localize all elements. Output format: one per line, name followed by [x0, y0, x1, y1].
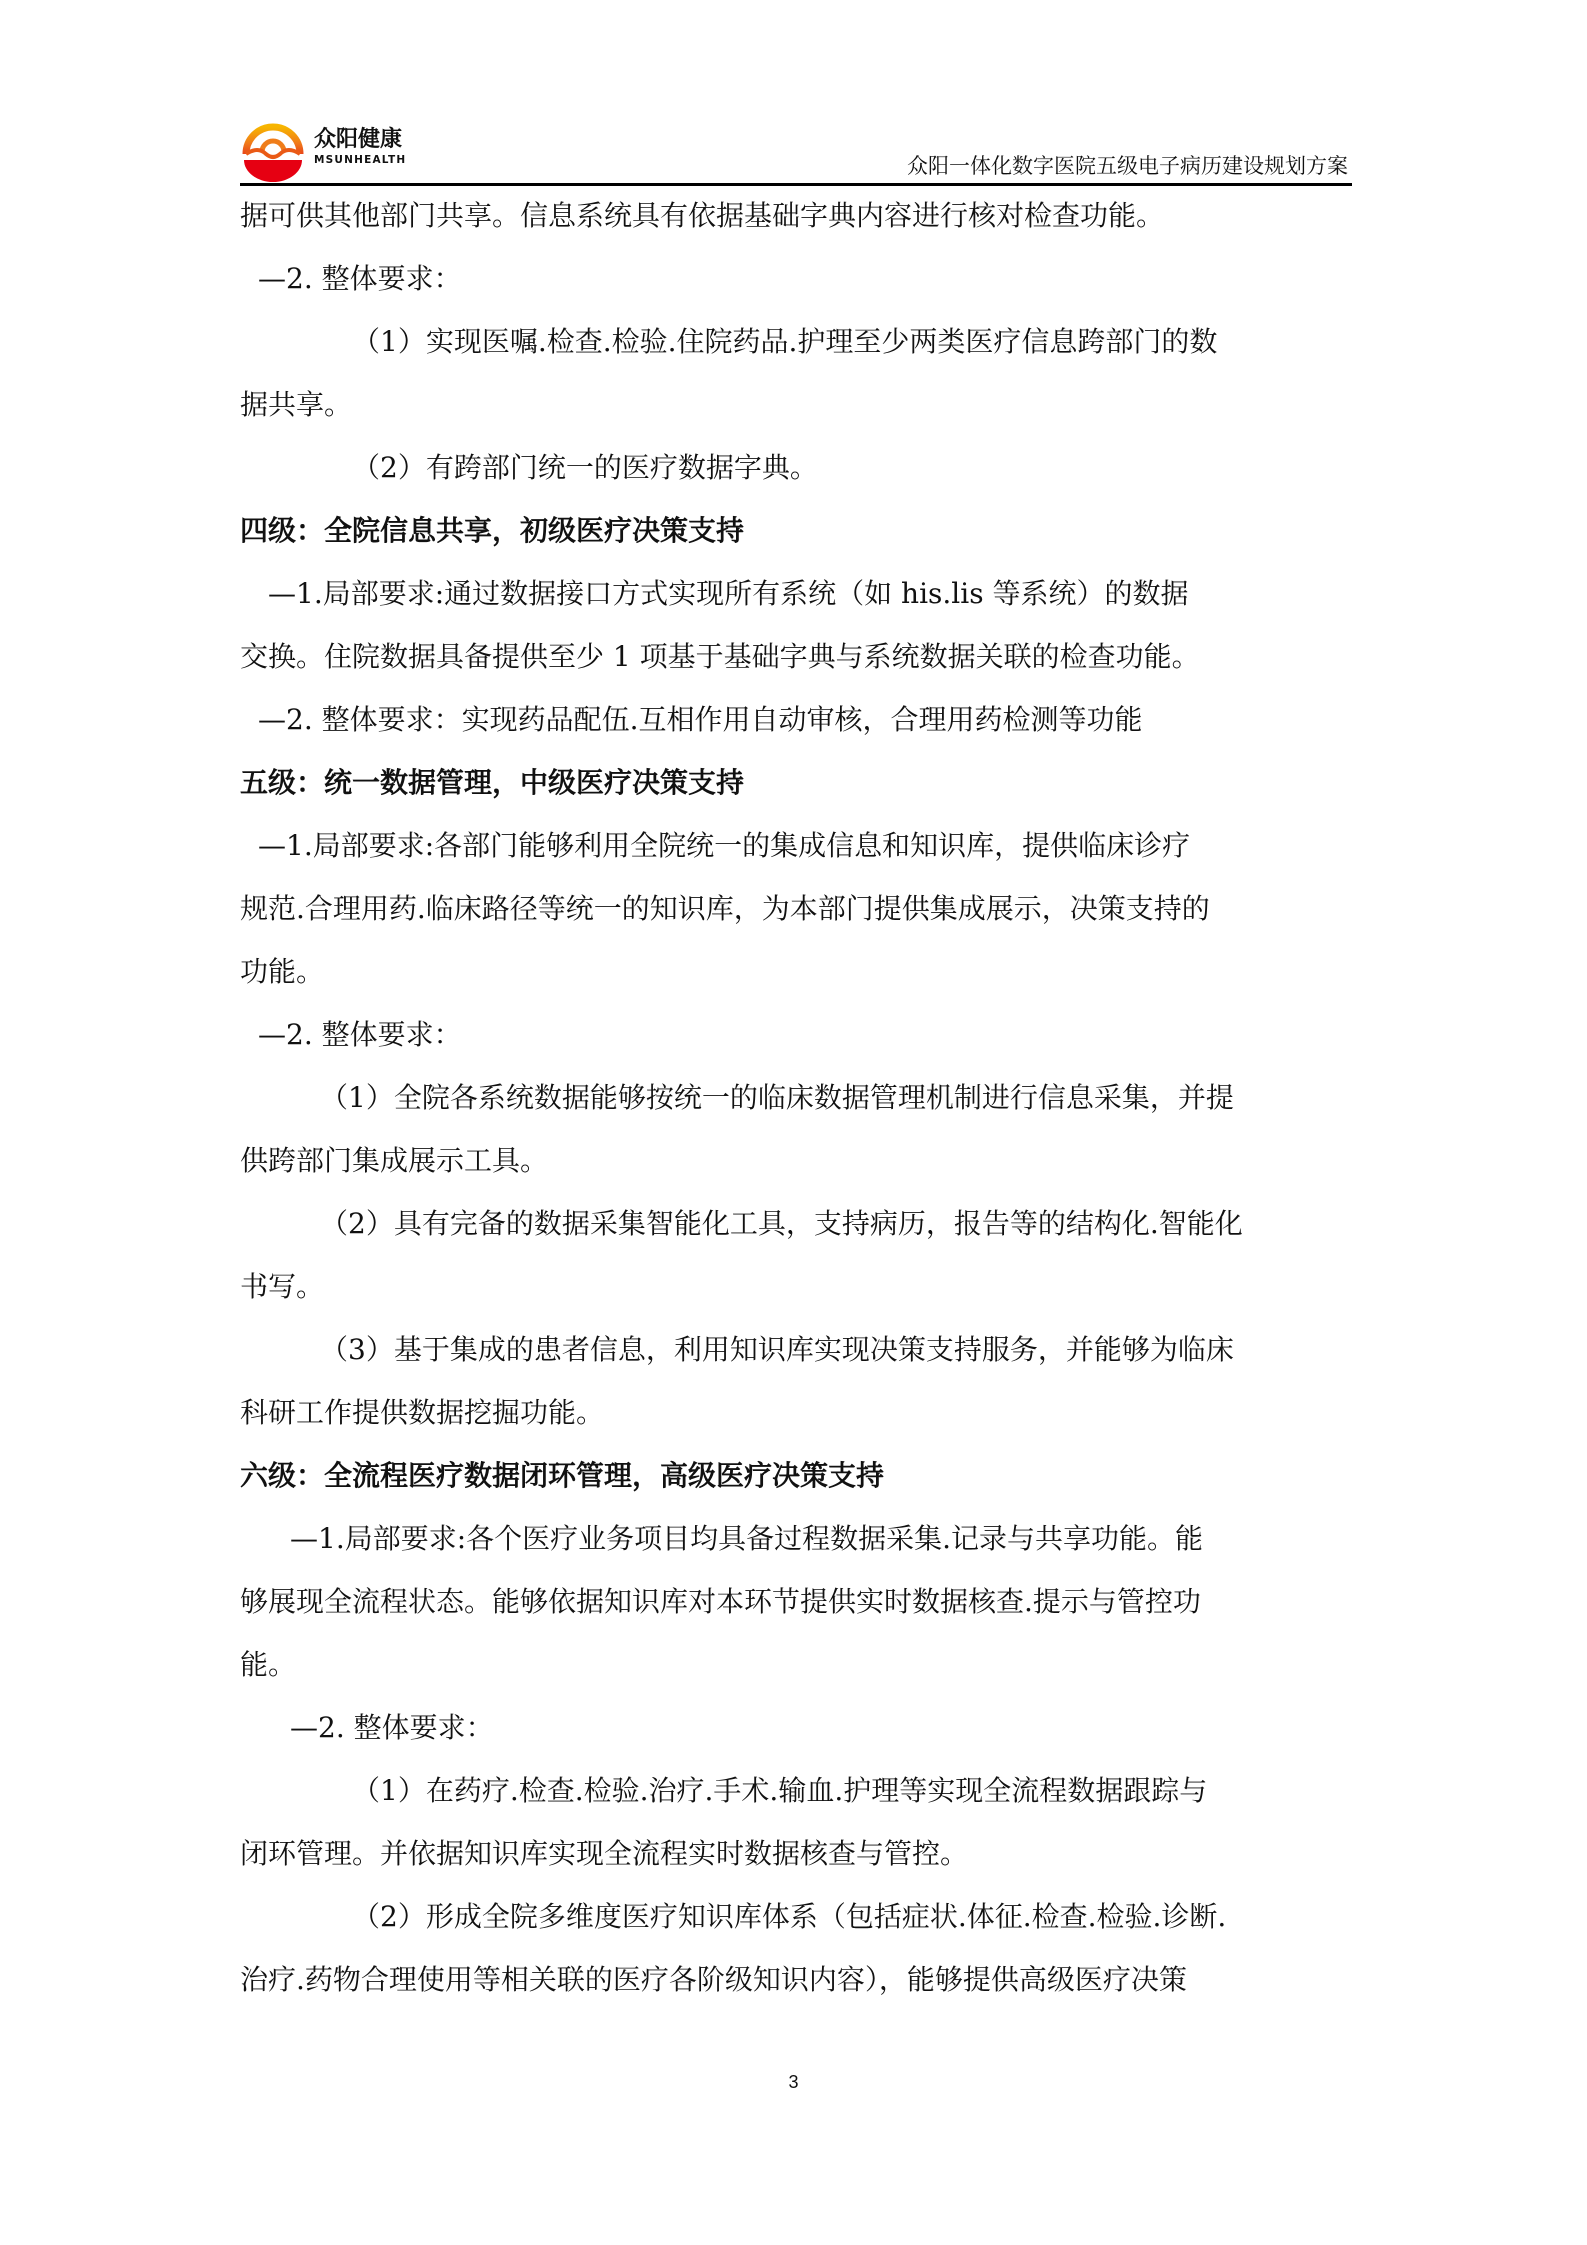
page-header: 众阳健康 MSUNHEALTH 众阳一体化数字医院五级电子病历建设规划方案	[240, 100, 1352, 186]
body-line: —2. 整体要求：实现药品配伍.互相作用自动审核，合理用药检测等功能	[258, 700, 1143, 740]
sun-logo-icon	[240, 110, 306, 182]
document-title: 众阳一体化数字医院五级电子病历建设规划方案	[907, 150, 1348, 180]
body-line: 治疗.药物合理使用等相关联的医疗各阶级知识内容），能够提供高级医疗决策	[240, 1960, 1187, 2000]
body-line: 规范.合理用药.临床路径等统一的知识库，为本部门提供集成展示，决策支持的	[240, 889, 1210, 929]
body-line: 够展现全流程状态。能够依据知识库对本环节提供实时数据核查.提示与管控功	[240, 1582, 1201, 1622]
body-line: 科研工作提供数据挖掘功能。	[240, 1393, 604, 1433]
section-heading-level-5: 五级：统一数据管理，中级医疗决策支持	[240, 763, 744, 803]
body-line: —2. 整体要求：	[258, 1015, 462, 1055]
body-line: （2）具有完备的数据采集智能化工具，支持病历，报告等的结构化.智能化	[320, 1204, 1243, 1244]
body-line: 据可供其他部门共享。信息系统具有依据基础字典内容进行核对检查功能。	[240, 196, 1164, 236]
logo-name-en: MSUNHEALTH	[314, 154, 406, 166]
body-line: （1）全院各系统数据能够按统一的临床数据管理机制进行信息采集，并提	[320, 1078, 1234, 1118]
body-line: 据共享。	[240, 385, 352, 425]
company-logo: 众阳健康 MSUNHEALTH	[240, 110, 440, 180]
body-line: 闭环管理。并依据知识库实现全流程实时数据核查与管控。	[240, 1834, 968, 1874]
body-line: 书写。	[240, 1267, 324, 1307]
body-line: （2）有跨部门统一的医疗数据字典。	[352, 448, 818, 488]
header-divider	[240, 183, 1352, 186]
section-heading-level-4: 四级：全院信息共享，初级医疗决策支持	[240, 511, 744, 551]
body-line: —1.局部要求:各部门能够利用全院统一的集成信息和知识库，提供临床诊疗	[258, 826, 1190, 866]
body-line: （1）实现医嘱.检查.检验.住院药品.护理至少两类医疗信息跨部门的数	[352, 322, 1217, 362]
page-number: 3	[0, 2072, 1587, 2093]
body-line: —2. 整体要求：	[258, 259, 462, 299]
body-line: 功能。	[240, 952, 324, 992]
body-line: —1.局部要求:各个医疗业务项目均具备过程数据采集.记录与共享功能。能	[290, 1519, 1203, 1559]
body-line: （1）在药疗.检查.检验.治疗.手术.输血.护理等实现全流程数据跟踪与	[352, 1771, 1207, 1811]
body-line: （3）基于集成的患者信息，利用知识库实现决策支持服务，并能够为临床	[320, 1330, 1234, 1370]
body-line: 供跨部门集成展示工具。	[240, 1141, 548, 1181]
body-line: （2）形成全院多维度医疗知识库体系（包括症状.体征.检查.检验.诊断.	[352, 1897, 1226, 1937]
body-line: —1.局部要求:通过数据接口方式实现所有系统（如 his.lis 等系统）的数据	[268, 574, 1189, 614]
body-line: 能。	[240, 1645, 296, 1685]
body-line: 交换。住院数据具备提供至少 1 项基于基础字典与系统数据关联的检查功能。	[240, 637, 1200, 677]
logo-name-cn: 众阳健康	[314, 122, 402, 153]
body-line: —2. 整体要求：	[290, 1708, 494, 1748]
section-heading-level-6: 六级：全流程医疗数据闭环管理，高级医疗决策支持	[240, 1456, 884, 1496]
